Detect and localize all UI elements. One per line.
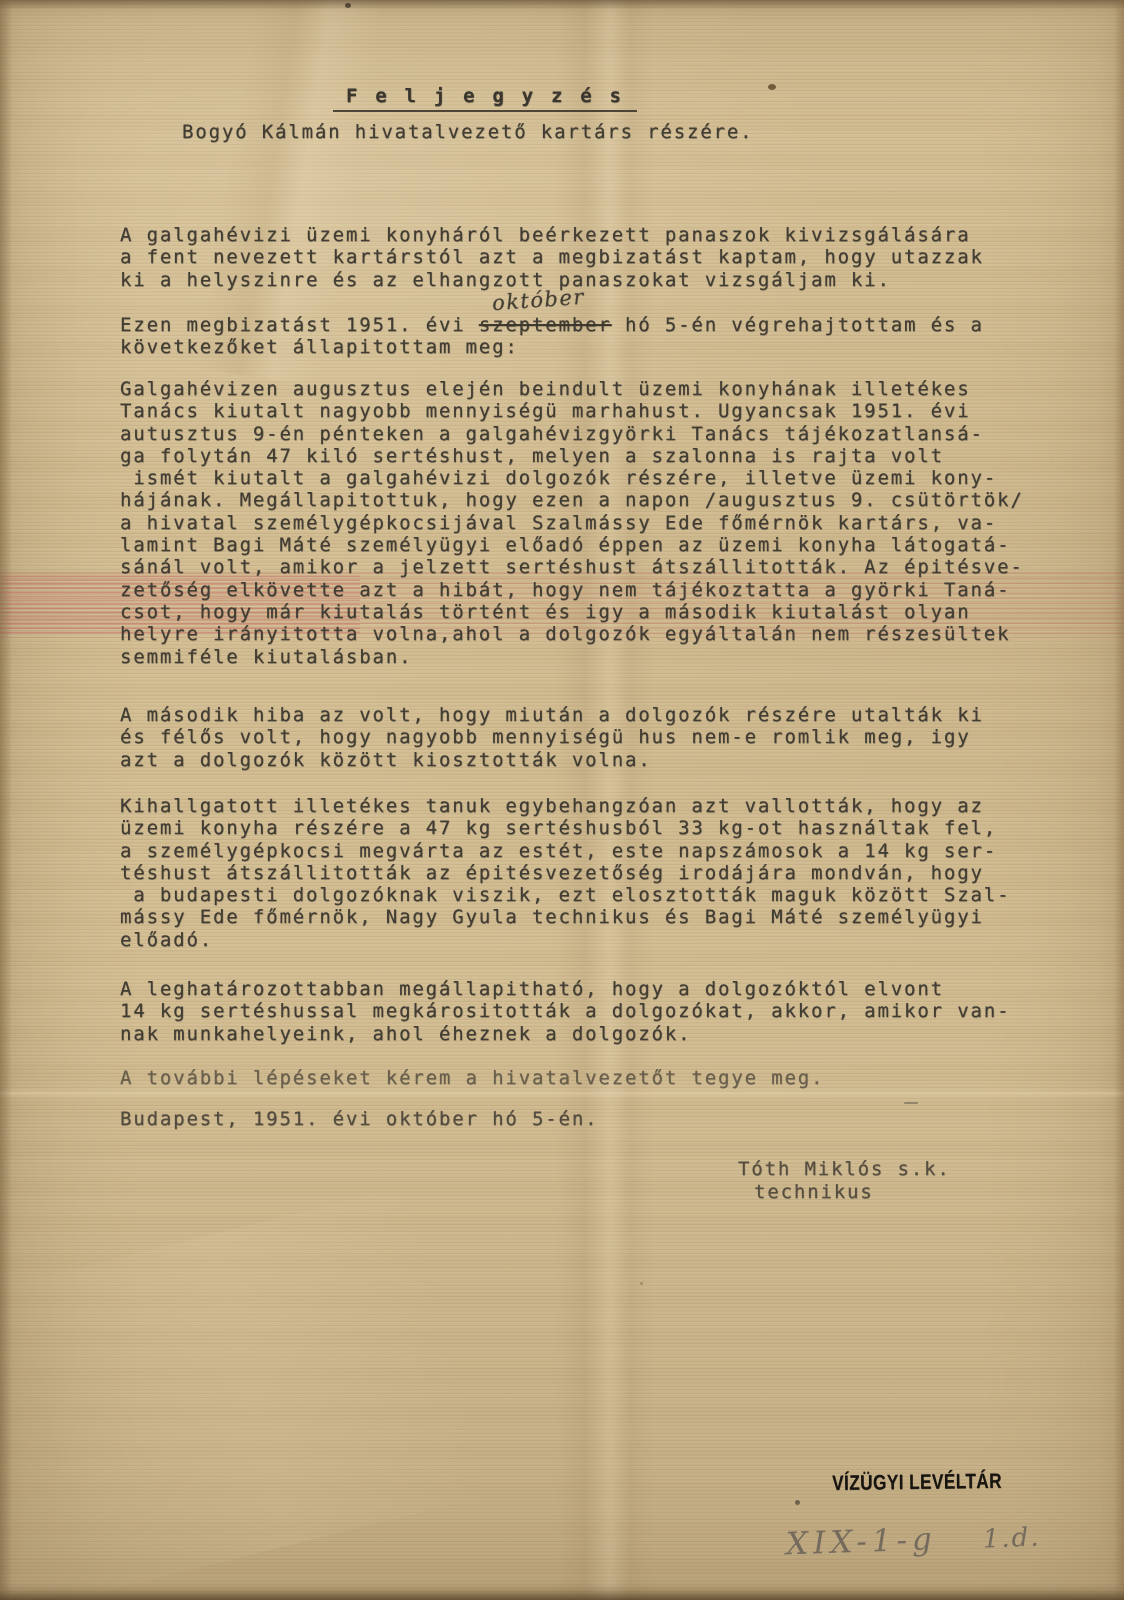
typed-line: A további lépéseket kérem a hivatalvezet… [120,1067,824,1089]
paragraph-3: Galgahévizen augusztus elején beindult ü… [120,378,1024,668]
date-line: Budapest, 1951. évi október hó 5-én. [120,1108,598,1130]
typed-line: a személygépkocsi megvárta az estét, est… [120,840,1010,862]
typed-line: hájának. Megállapitottuk, hogy ezen a na… [120,489,1024,511]
paper-speck [795,1500,800,1505]
typed-line: a hivatal személygépkocsijával Szalmássy… [120,512,1024,534]
archival-reference: XIX-1-g [785,1521,937,1562]
closing-request: A további lépéseket kérem a hivatalvezet… [120,1067,824,1089]
typed-line: és félős volt, hogy nagyobb mennyiségü h… [120,726,984,748]
typed-line: téshust átszállitották az épitésvezetősé… [120,862,1010,884]
typed-line: autusztus 9-én pénteken a galgahévizgyör… [120,423,1024,445]
typed-line: csot, hogy már kiutalás történt és igy a… [120,601,1024,623]
memo-recipient: Bogyó Kálmán hivatalvezető kartárs részé… [182,121,753,143]
typed-line: 14 kg sertéshussal megkárositották a dol… [120,1000,1010,1022]
typed-line: ga folytán 47 kiló sertéshust, melyen a … [120,445,1024,467]
archival-reference-note: XIX-1-g 1.d. [785,1518,1041,1563]
typed-line: Tanács kiutalt nagyobb mennyiségü marhah… [120,400,1024,422]
paper-edge-right [1114,0,1124,1600]
typed-line: ismét kiutalt a galgahévizi dolgozók rés… [120,467,1024,489]
paper-speck [904,1102,918,1104]
typed-line: mássy Ede főmérnök, Nagy Gyula technikus… [120,906,1010,928]
paragraph-4: A második hiba az volt, hogy miután a do… [120,704,984,771]
typed-text: hó 5-én végrehajtottam és a [612,314,984,336]
signature-block: Tóth Miklós s.k. technikus [738,1158,951,1203]
fold-crease-bottom [8,1184,493,1596]
memo-title: F e l j e g y z é s [333,85,637,112]
typed-text: Ezen megbizatást 1951. évi [120,314,479,336]
typed-line: Budapest, 1951. évi október hó 5-én. [120,1108,598,1130]
signature-role: technikus [738,1181,951,1204]
typed-line: lamint Bagi Máté személyügyi előadó éppe… [120,534,1024,556]
paragraph-2: Ezen megbizatást 1951. évi szeptember hó… [120,314,984,359]
typed-line: nak munkahelyeink, ahol éheznek a dolgoz… [120,1023,1010,1045]
typed-line: Kihallgatott illetékes tanuk egybehangzó… [120,795,1010,817]
handwritten-correction: október [491,285,585,315]
paper-speck [640,1282,643,1285]
typed-line: Ezen megbizatást 1951. évi szeptember hó… [120,314,984,336]
fold-crease-horizontal [0,1089,1124,1098]
typed-line: semmiféle kiutalásban. [120,646,1024,668]
typed-line: sánál volt, amikor a jelzett sertéshust … [120,556,1024,578]
archive-stamp: VÍZÜGYI LEVÉLTÁR [832,1470,1002,1496]
typed-line: A leghatározottabban megállapitható, hog… [120,978,1010,1000]
typed-line: előadó. [120,929,1010,951]
signature-name: Tóth Miklós s.k. [738,1158,951,1181]
paragraph-6: A leghatározottabban megállapitható, hog… [120,978,1010,1045]
paragraph-5: Kihallgatott illetékes tanuk egybehangzó… [120,795,1010,951]
typed-line: Galgahévizen augusztus elején beindult ü… [120,378,1024,400]
paragraph-1: A galgahévizi üzemi konyháról beérkezett… [120,224,984,291]
typed-line: üzemi konyha részére a 47 kg sertéshusbó… [120,817,1010,839]
paper-edge-left [0,0,12,1600]
typed-line: a fent nevezett kartárstól azt a megbiza… [120,246,984,268]
struck-word: szeptember [479,314,612,336]
paper-edge-top [0,0,1124,10]
paper-speck [345,3,351,8]
typed-line: következőket állapitottam meg: [120,336,984,358]
scanned-memo-page: F e l j e g y z é s Bogyó Kálmán hivatal… [0,0,1124,1600]
typed-line: A galgahévizi üzemi konyháról beérkezett… [120,224,984,246]
typed-line: azt a dolgozók között kiosztották volna. [120,749,984,771]
paper-speck [768,84,776,90]
memo-title-wrap: F e l j e g y z é s [333,85,637,112]
typed-line: helyre irányitotta volna,ahol a dolgozók… [120,623,1024,645]
typed-line: Bogyó Kálmán hivatalvezető kartárs részé… [182,121,753,143]
typed-line: a budapesti dolgozóknak viszik, ezt elos… [120,884,1010,906]
archival-item: 1.d. [982,1523,1041,1555]
paper-edge-bottom [0,1584,1124,1600]
typed-line: zetőség elkövette azt a hibát, hogy nem … [120,579,1024,601]
typed-line: A második hiba az volt, hogy miután a do… [120,704,984,726]
